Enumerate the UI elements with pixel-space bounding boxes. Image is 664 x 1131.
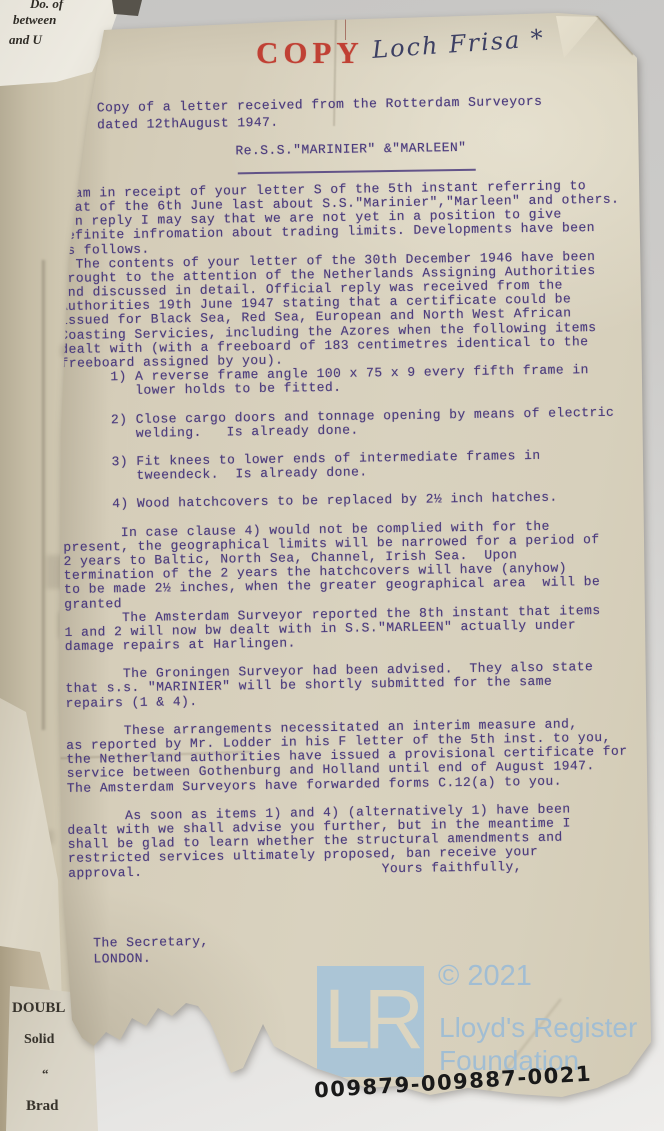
letter-page: Copy of a letter received from the Rotte…	[0, 0, 664, 1131]
watermark-org-name-line1: Lloyd's Register	[439, 1012, 637, 1044]
typed-content: Copy of a letter received from the Rotte…	[0, 0, 664, 1131]
watermark-copyright: © 2021	[438, 960, 532, 993]
lr-logo-letters: LR	[324, 977, 417, 1067]
copy-stamp: COPY	[256, 35, 364, 71]
scanned-document-photo: DOUBL Solid “ Brad Do. of between and U …	[0, 0, 664, 1131]
letter-body: I am in receipt of your letter S of the …	[58, 179, 629, 881]
subject-line: Re.S.S."MARINIER" &"MARLEEN"	[235, 140, 466, 158]
subject-underline	[238, 169, 476, 175]
letter-paper-surface: Copy of a letter received from the Rotte…	[0, 0, 664, 1131]
letter-heading: Copy of a letter received from the Rotte…	[97, 94, 543, 134]
letter-closing: The Secretary, LONDON.	[93, 934, 209, 967]
lloyds-register-logo: LR	[317, 966, 424, 1077]
